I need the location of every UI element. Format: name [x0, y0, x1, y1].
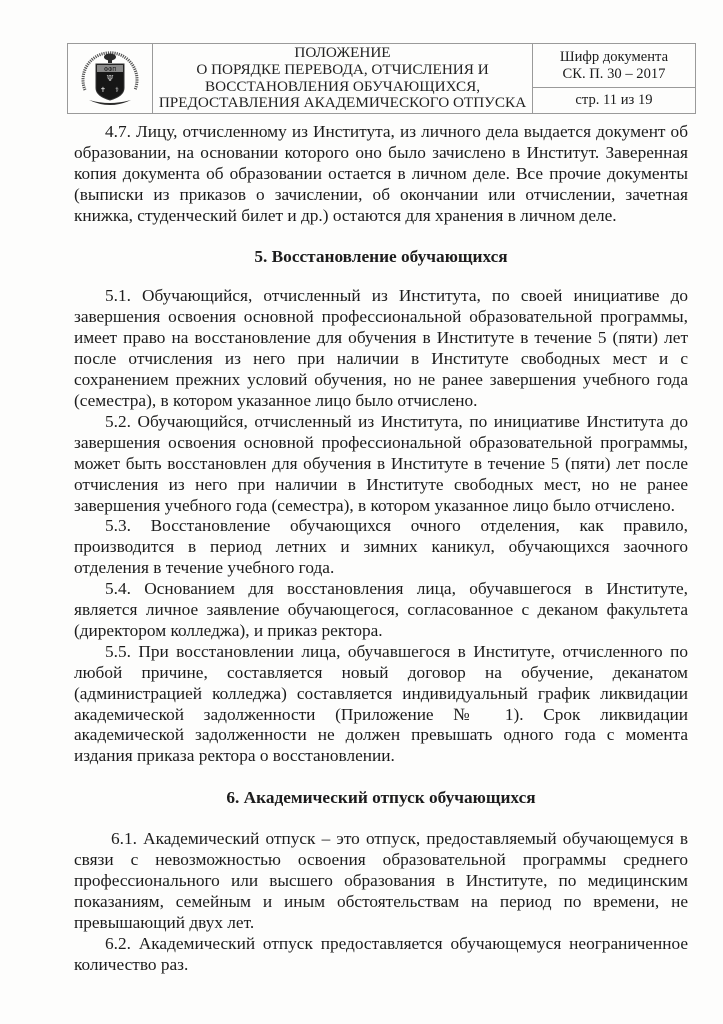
svg-text:✝: ✝: [100, 86, 106, 94]
paragraph-6-2: 6.2. Академический отпуск предоставляетс…: [74, 934, 688, 976]
emblem-cell: ФФП Ψ ✝ ⚕: [68, 44, 153, 114]
title-line-4: ПРЕДОСТАВЛЕНИЯ АКАДЕМИЧЕСКОГО ОТПУСКА: [153, 95, 532, 112]
svg-text:Ψ: Ψ: [106, 74, 113, 83]
paragraph-5-4: 5.4. Основанием для восстановления лица,…: [74, 579, 688, 642]
document-code-label: Шифр документа: [533, 49, 695, 66]
paragraph-4-7: 4.7. Лицу, отчисленному из Института, из…: [74, 122, 688, 227]
page-number: стр. 11 из 19: [533, 88, 696, 114]
document-header-table: ФФП Ψ ✝ ⚕ ПОЛОЖЕНИЕ О ПОРЯДКЕ ПЕРЕВОДА, …: [67, 43, 696, 114]
svg-text:⚕: ⚕: [115, 86, 119, 94]
institute-emblem-icon: ФФП Ψ ✝ ⚕: [77, 48, 143, 110]
title-line-3: ВОССТАНОВЛЕНИЯ ОБУЧАЮЩИХСЯ,: [153, 79, 532, 96]
paragraph-5-5: 5.5. При восстановлении лица, обучавшего…: [74, 642, 688, 767]
document-title: ПОЛОЖЕНИЕ О ПОРЯДКЕ ПЕРЕВОДА, ОТЧИСЛЕНИЯ…: [153, 44, 533, 114]
title-line-2: О ПОРЯДКЕ ПЕРЕВОДА, ОТЧИСЛЕНИЯ И: [153, 62, 532, 79]
paragraph-5-1: 5.1. Обучающийся, отчисленный из Институ…: [74, 286, 688, 411]
section-6-heading: 6. Академический отпуск обучающихся: [74, 788, 688, 809]
document-code-cell: Шифр документа СК. П. 30 – 2017: [533, 44, 696, 88]
document-code-value: СК. П. 30 – 2017: [533, 66, 695, 83]
paragraph-6-1: 6.1. Академический отпуск – это отпуск, …: [74, 829, 688, 934]
section-5-heading: 5. Восстановление обучающихся: [74, 247, 688, 268]
title-line-1: ПОЛОЖЕНИЕ: [153, 45, 532, 62]
paragraph-5-3: 5.3. Восстановление обучающихся очного о…: [74, 516, 688, 579]
svg-text:ФФП: ФФП: [104, 67, 117, 73]
paragraph-5-2: 5.2. Обучающийся, отчисленный из Институ…: [74, 412, 688, 517]
document-body: 4.7. Лицу, отчисленному из Института, из…: [74, 122, 688, 976]
